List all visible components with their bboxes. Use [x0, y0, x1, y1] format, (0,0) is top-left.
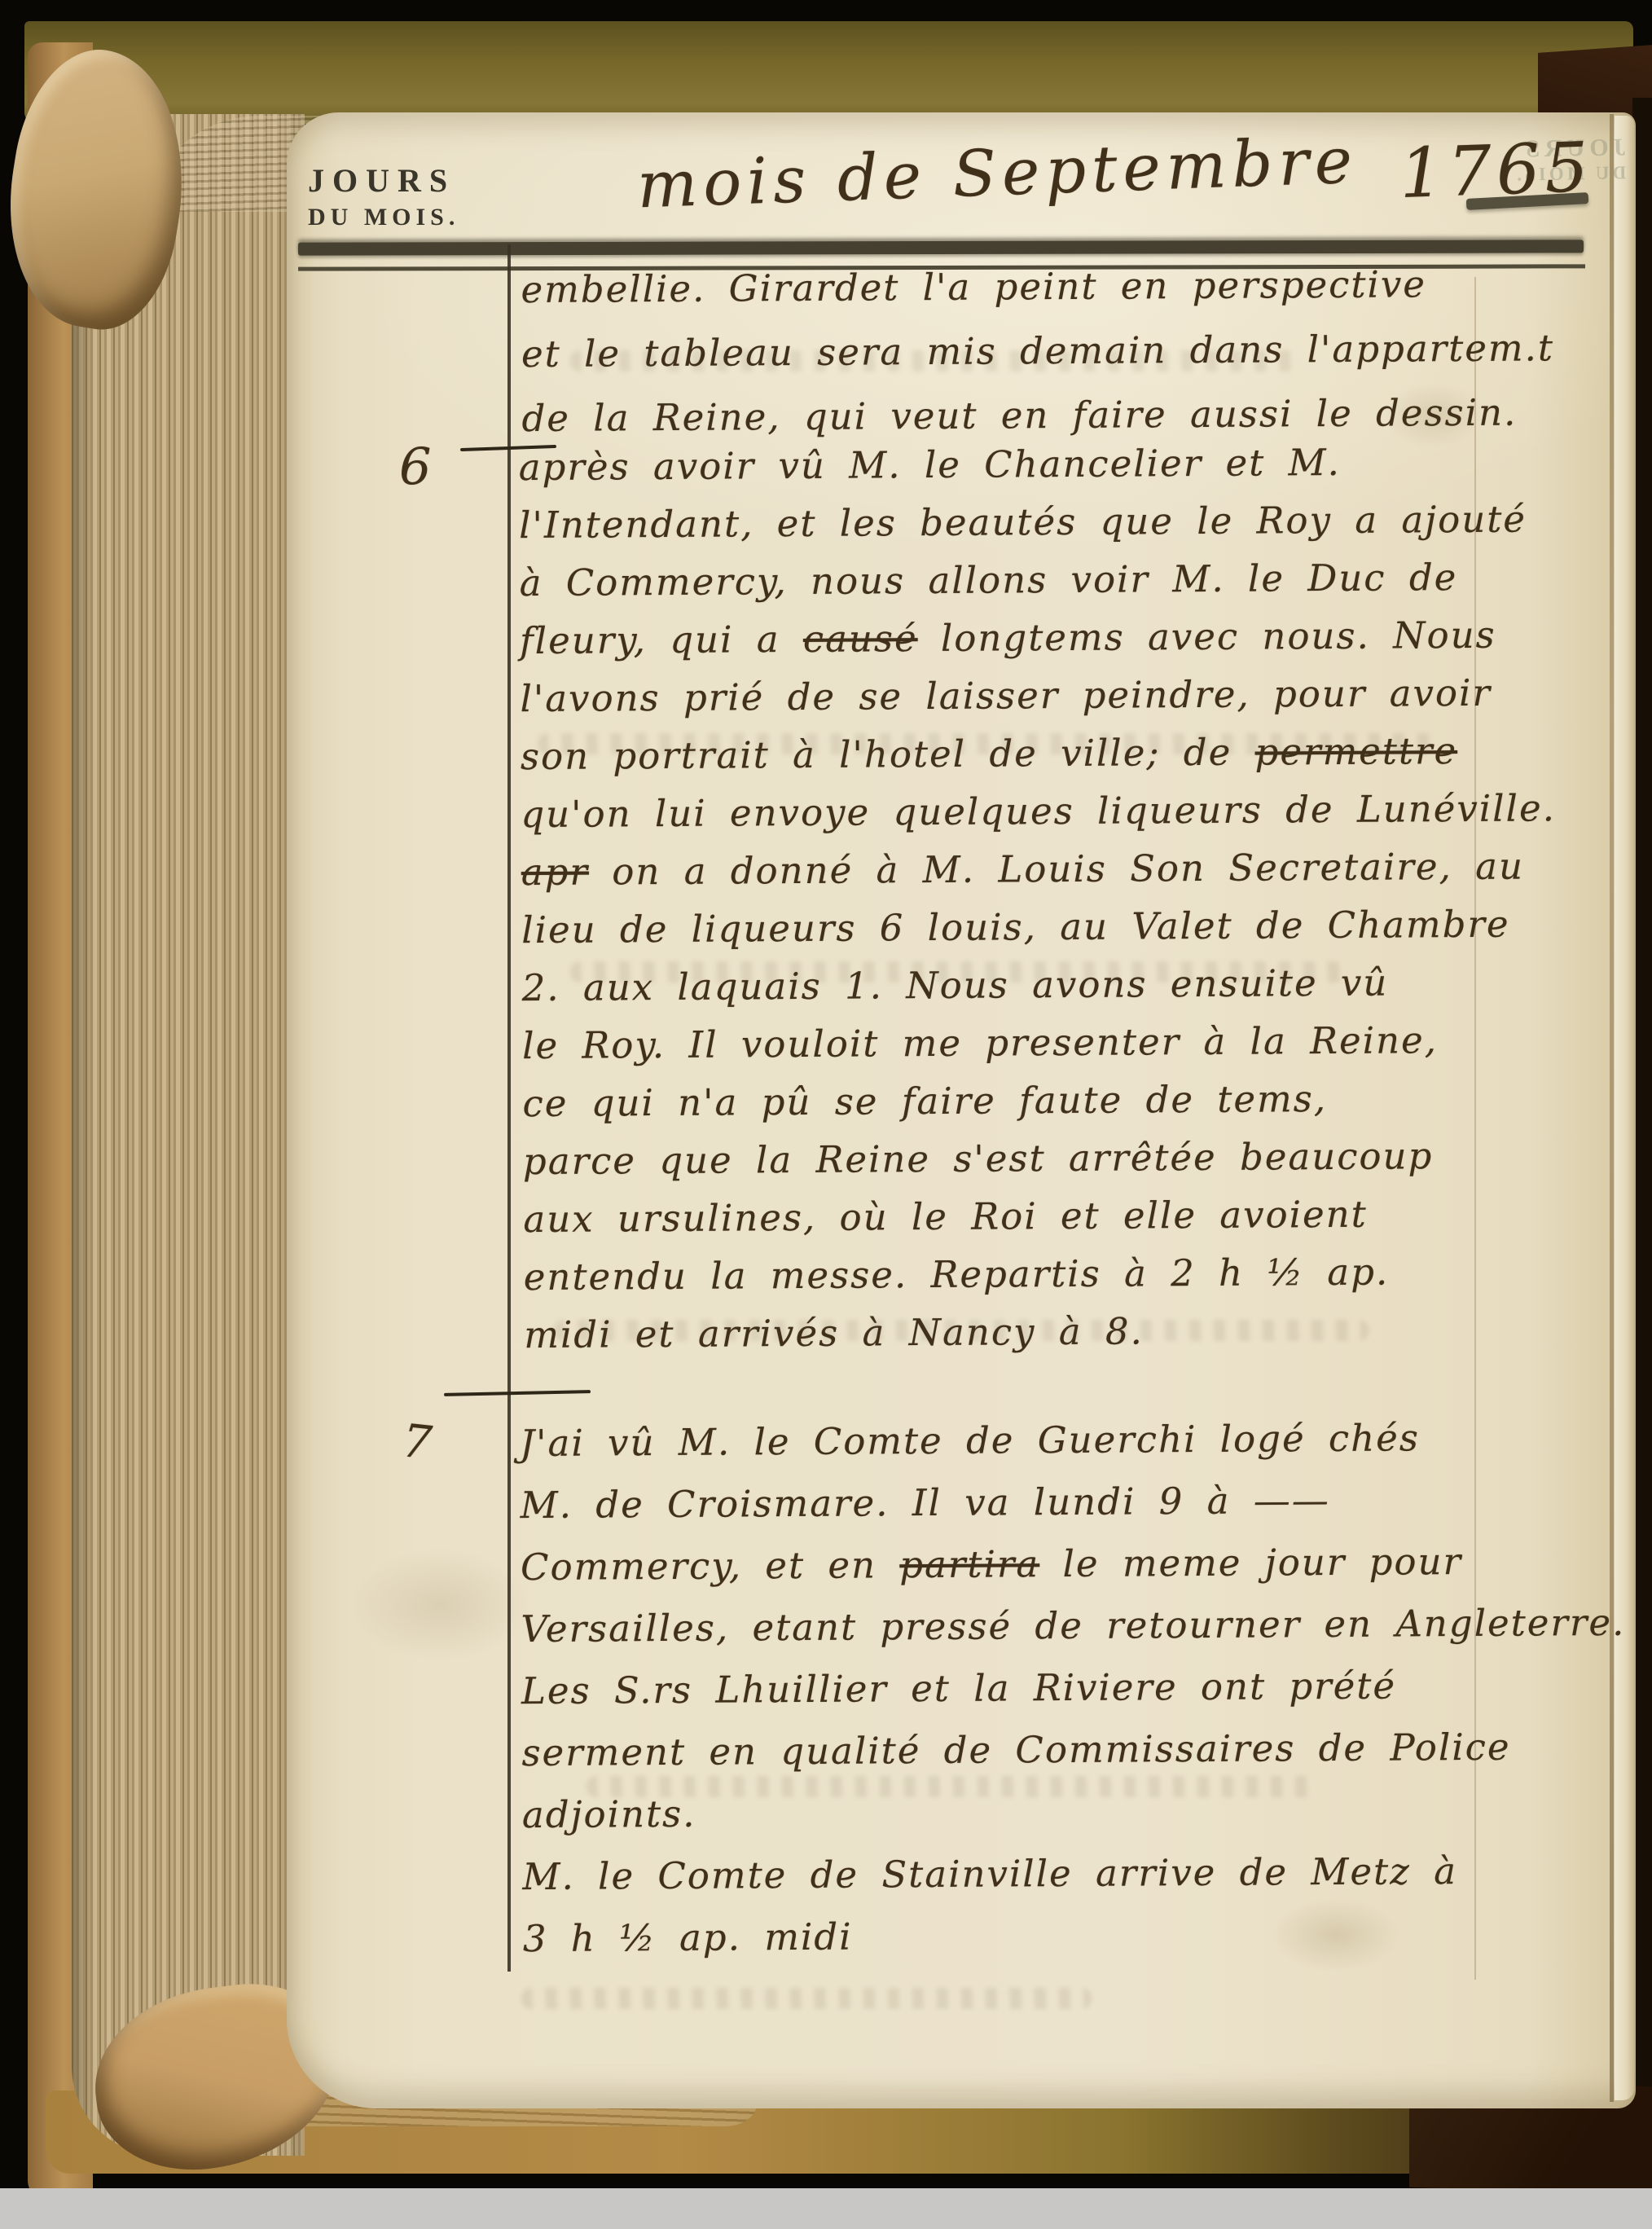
- manuscript-scan: JOURS DU MOIS. JOURS DU MOIS. mois de Se…: [0, 0, 1652, 2229]
- manuscript-line: serment en qualité de Commissaires de Po…: [521, 1716, 1610, 1784]
- manuscript-line: apr on a donné à M. Louis Son Secretaire…: [521, 837, 1610, 901]
- scanner-bed-strip: [0, 2188, 1652, 2229]
- manuscript-line: M. de Croismare. Il va lundi 9 à ——: [520, 1468, 1608, 1537]
- journal-entry-day-7: J'ai vû M. le Comte de Guerchi logé chés…: [520, 1406, 1611, 1970]
- day-number-7: 7: [400, 1414, 434, 1470]
- journal-entry-day-6: après avoir vû M. le Chancelier et M.l'I…: [519, 432, 1613, 1364]
- manuscript-line: M. le Comte de Stainville arrive de Metz…: [522, 1840, 1610, 1908]
- manuscript-line: l'avons prié de se laisser peindre, pour…: [520, 663, 1608, 728]
- manuscript-line: Les S.rs Lhuillier et la Riviere ont pré…: [521, 1654, 1610, 1722]
- manuscript-line: lieu de liqueurs 6 louis, au Valet de Ch…: [521, 895, 1610, 959]
- day-column-divider: [507, 244, 511, 1972]
- manuscript-line: midi et arrivés à Nancy à 8.: [524, 1299, 1612, 1364]
- manuscript-line: 3 h ½ ap. midi: [523, 1901, 1611, 1970]
- manuscript-line: qu'on lui envoye quelques liqueurs de Lu…: [521, 779, 1609, 843]
- manuscript-line: son portrait à l'hotel de ville; de perm…: [521, 721, 1609, 785]
- manuscript-line: l'Intendant, et les beautés que le Roy a…: [519, 490, 1607, 554]
- manuscript-line: et le tableau sera mis demain dans l'app…: [521, 315, 1610, 386]
- journal-entry-continuation: embellie. Girardet l'a peint en perspect…: [521, 251, 1610, 451]
- book-cover-edge-top: [24, 21, 1633, 124]
- manuscript-line: entendu la messe. Repartis à 2 h ½ ap.: [524, 1242, 1612, 1306]
- manuscript-line: fleury, qui a causé longtems avec nous. …: [520, 605, 1608, 670]
- manuscript-line: après avoir vû M. le Chancelier et M.: [519, 432, 1607, 496]
- manuscript-line: Versailles, etant pressé de retourner en…: [521, 1592, 1609, 1660]
- next-page-sliver: [1615, 116, 1634, 2100]
- printed-header-line2: DU MOIS.: [308, 204, 459, 231]
- manuscript-line: Commercy, et en partira le meme jour pou…: [521, 1530, 1609, 1598]
- manuscript-line: embellie. Girardet l'a peint en perspect…: [521, 251, 1609, 322]
- manuscript-line: 2. aux laquais 1. Nous avons ensuite vû: [521, 952, 1610, 1017]
- manuscript-line: parce que la Reine s'est arrêtée beaucou…: [523, 1126, 1611, 1190]
- manuscript-line: le Roy. Il vouloit me presenter à la Rei…: [522, 1010, 1610, 1075]
- manuscript-line: ce qui n'a pû se faire faute de tems,: [522, 1068, 1610, 1132]
- manuscript-line: à Commercy, nous allons voir M. le Duc d…: [519, 547, 1607, 612]
- manuscript-line: aux ursulines, où le Roi et elle avoient: [523, 1184, 1611, 1248]
- printed-header-line1: JOURS: [308, 163, 459, 199]
- printed-header: JOURS DU MOIS.: [308, 163, 459, 231]
- manuscript-line: J'ai vû M. le Comte de Guerchi logé chés: [520, 1406, 1608, 1475]
- page-stack-fore-edge: [72, 114, 305, 2156]
- day-number-6: 6: [399, 437, 431, 496]
- manuscript-line: adjoints.: [522, 1778, 1610, 1846]
